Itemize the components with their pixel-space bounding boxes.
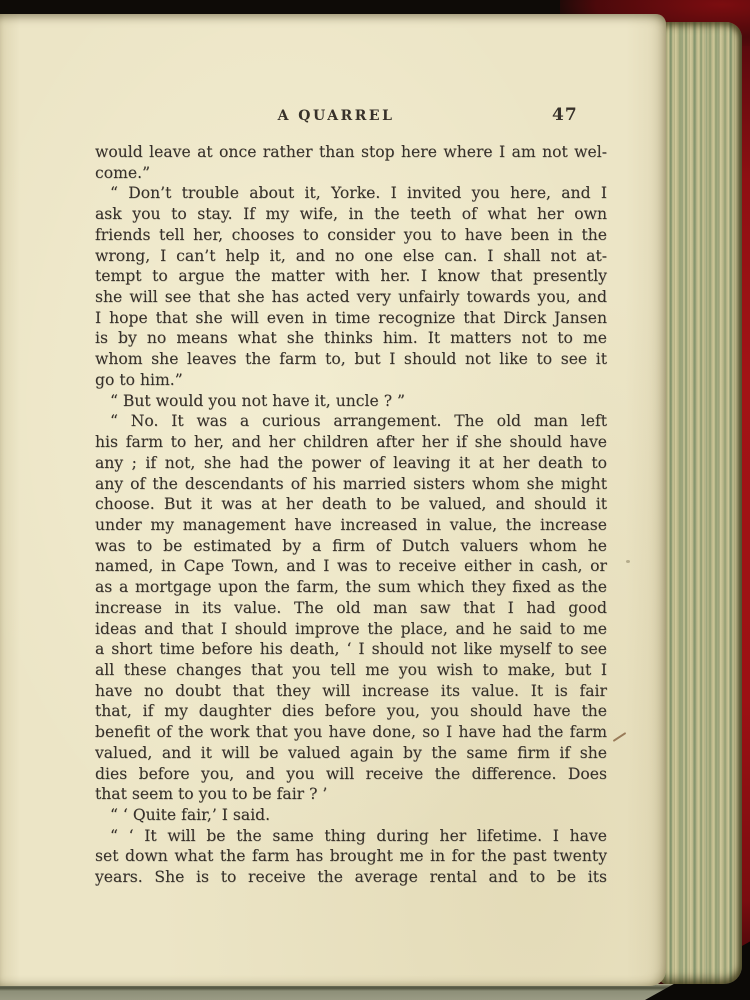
text-line: whom she leaves the farm to, but I shoul… [95, 349, 607, 370]
text-line: I hope that she will even in time recogn… [95, 308, 607, 329]
text-line: “ ‘ It will be the same thing during her… [95, 826, 607, 847]
text-line: wrong, I can’t help it, and no one else … [95, 246, 607, 267]
text-line: any of the descendants of his married si… [95, 474, 607, 495]
text-line: choose. But it was at her death to be va… [95, 494, 607, 515]
text-line: ask you to stay. If my wife, in the teet… [95, 204, 607, 225]
body-text: would leave at once rather than stop her… [95, 142, 607, 888]
text-line: that seem to you to be fair ? ’ [95, 784, 607, 805]
text-line: friends tell her, chooses to consider yo… [95, 225, 607, 246]
text-line: a short time before his death, ‘ I shoul… [95, 639, 607, 660]
pen-mark [613, 732, 627, 742]
text-line: “ Don’t trouble about it, Yorke. I invit… [95, 183, 607, 204]
text-line: all these changes that you tell me you w… [95, 660, 607, 681]
text-line: ideas and that I should improve the plac… [95, 619, 607, 640]
text-line: benefit of the work that you have done, … [95, 722, 607, 743]
book-page: A QUARREL 47 would leave at once rather … [0, 14, 666, 986]
text-line: “ But would you not have it, uncle ? ” [95, 391, 607, 412]
text-line: is by no means what she thinks him. It m… [95, 328, 607, 349]
text-line: have no doubt that they will increase it… [95, 681, 607, 702]
text-line: any ; if not, she had the power of leavi… [95, 453, 607, 474]
text-line: named, in Cape Town, and I was to receiv… [95, 556, 607, 577]
page-number: 47 [552, 105, 578, 125]
text-line: tempt to argue the matter with her. I kn… [95, 266, 607, 287]
text-line: as a mortgage upon the farm, the sum whi… [95, 577, 607, 598]
text-line: “ ‘ Quite fair,’ I said. [95, 805, 607, 826]
text-line: years. She is to receive the average ren… [95, 867, 607, 888]
desk-surface [0, 984, 700, 1000]
text-line: valued, and it will be valued again by t… [95, 743, 607, 764]
text-line: would leave at once rather than stop her… [95, 142, 607, 163]
text-line: go to him.” [95, 370, 607, 391]
text-line: she will see that she has acted very unf… [95, 287, 607, 308]
text-line: his farm to her, and her children after … [95, 432, 607, 453]
page-edges-stack [660, 22, 742, 984]
book-photo: A QUARREL 47 would leave at once rather … [0, 0, 750, 1000]
text-line: dies before you, and you will receive th… [95, 764, 607, 785]
text-line: set down what the farm has brought me in… [95, 846, 607, 867]
paper-speck [626, 560, 630, 563]
text-line: that, if my daughter dies before you, yo… [95, 701, 607, 722]
text-line: “ No. It was a curious arrangement. The … [95, 411, 607, 432]
text-line: come.” [95, 163, 607, 184]
text-line: was to be estimated by a firm of Dutch v… [95, 536, 607, 557]
text-line: under my management have increased in va… [95, 515, 607, 536]
text-line: increase in its value. The old man saw t… [95, 598, 607, 619]
running-head: A QUARREL [36, 108, 636, 124]
